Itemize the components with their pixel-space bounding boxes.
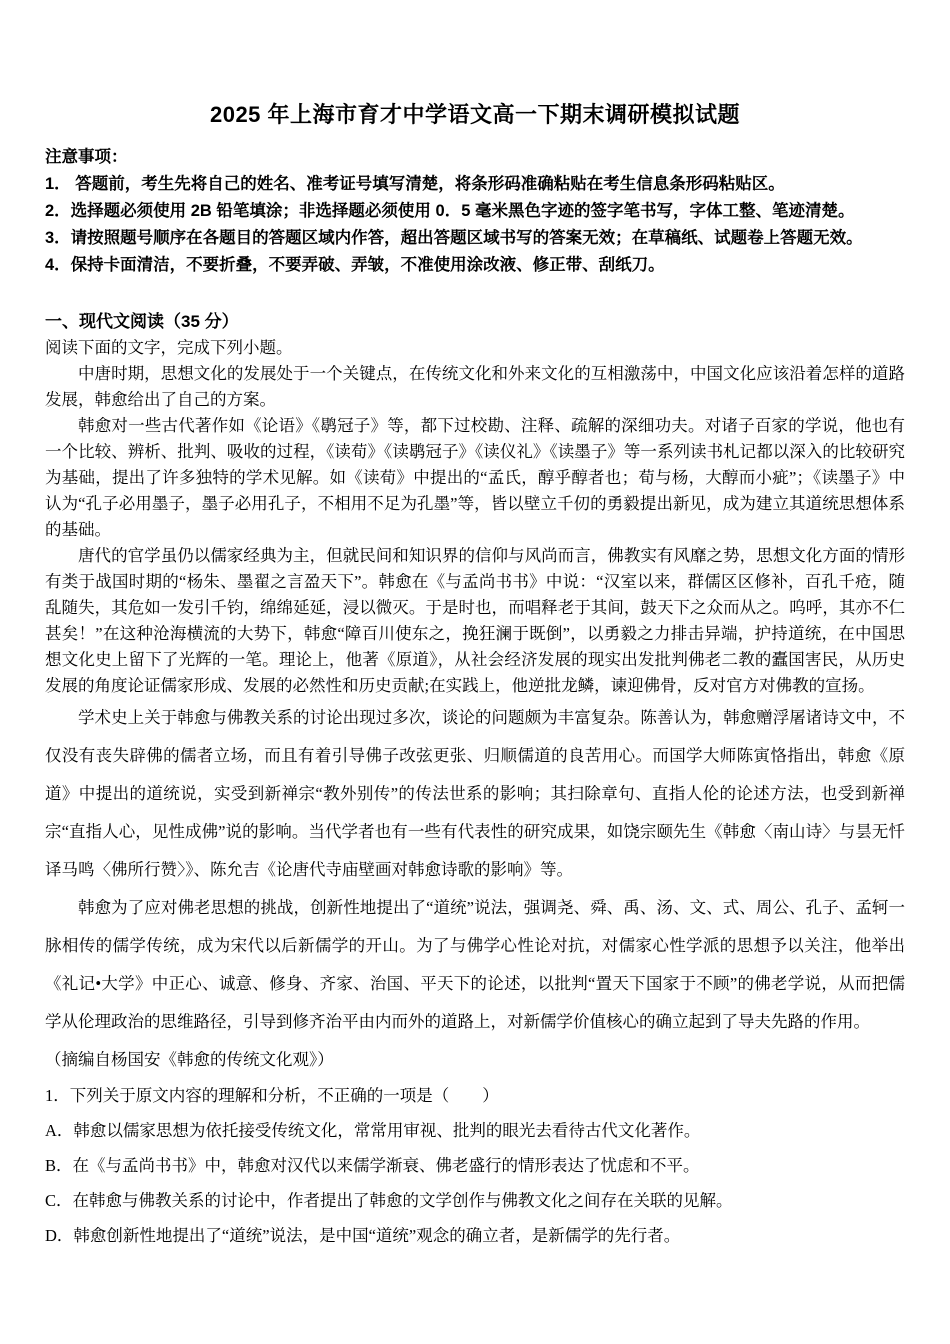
question-1-option-a: A．韩愈以儒家思想为依托接受传统文化，常常用审视、批判的眼光去看待古代文化著作。 [45,1118,905,1144]
notice-item-1: 1． 答题前，考生先将自己的姓名、准考证号填写清楚，将条形码准确粘贴在考生信息条… [45,171,905,198]
exam-paper-page: 2025 年上海市育才中学语文高一下期末调研模拟试题 注意事项： 1． 答题前，… [0,0,950,1344]
source-attribution: （摘编自杨国安《韩愈的传统文化观》） [45,1047,905,1073]
passage-paragraph-3: 唐代的官学虽仍以儒家经典为主，但就民间和知识界的信仰与风尚而言，佛教实有风靡之势… [45,543,905,699]
question-1-stem: 1．下列关于原文内容的理解和分析，不正确的一项是（ ） [45,1083,905,1109]
question-1-option-c: C．在韩愈与佛教关系的讨论中，作者提出了韩愈的文学创作与佛教文化之间存在关联的见… [45,1188,905,1214]
notice-heading: 注意事项： [45,144,905,171]
notice-item-2: 2．选择题必须使用 2B 铅笔填涂；非选择题必须使用 0．5 毫米黑色字迹的签字… [45,198,905,225]
reading-instruction: 阅读下面的文字，完成下列小题。 [45,335,905,361]
modern-text-reading-section: 一、现代文阅读（35 分） 阅读下面的文字，完成下列小题。 中唐时期，思想文化的… [45,309,905,1249]
question-1-option-b: B．在《与孟尚书书》中，韩愈对汉代以来儒学渐衰、佛老盛行的情形表达了忧虑和不平。 [45,1153,905,1179]
notice-item-4: 4．保持卡面清洁，不要折叠，不要弄破、弄皱，不准使用涂改液、修正带、刮纸刀。 [45,252,905,279]
page-title: 2025 年上海市育才中学语文高一下期末调研模拟试题 [45,100,905,130]
question-1-option-d: D．韩愈创新性地提出了“道统”说法，是中国“道统”观念的确立者，是新儒学的先行者… [45,1223,905,1249]
passage-paragraph-2: 韩愈对一些古代著作如《论语》《鹖冠子》等，都下过校勘、注释、疏解的深细功夫。对诸… [45,413,905,543]
passage-paragraph-5: 韩愈为了应对佛老思想的挑战，创新性地提出了“道统”说法，强调尧、舜、禹、汤、文、… [45,889,905,1041]
notice-section: 注意事项： 1． 答题前，考生先将自己的姓名、准考证号填写清楚，将条形码准确粘贴… [45,144,905,279]
notice-item-3: 3．请按照题号顺序在各题目的答题区域内作答，超出答题区域书写的答案无效；在草稿纸… [45,225,905,252]
passage-paragraph-4: 学术史上关于韩愈与佛教关系的讨论出现过多次，谈论的问题颇为丰富复杂。陈善认为，韩… [45,699,905,889]
section-heading: 一、现代文阅读（35 分） [45,309,905,335]
passage-paragraph-1: 中唐时期，思想文化的发展处于一个关键点，在传统文化和外来文化的互相激荡中，中国文… [45,361,905,413]
